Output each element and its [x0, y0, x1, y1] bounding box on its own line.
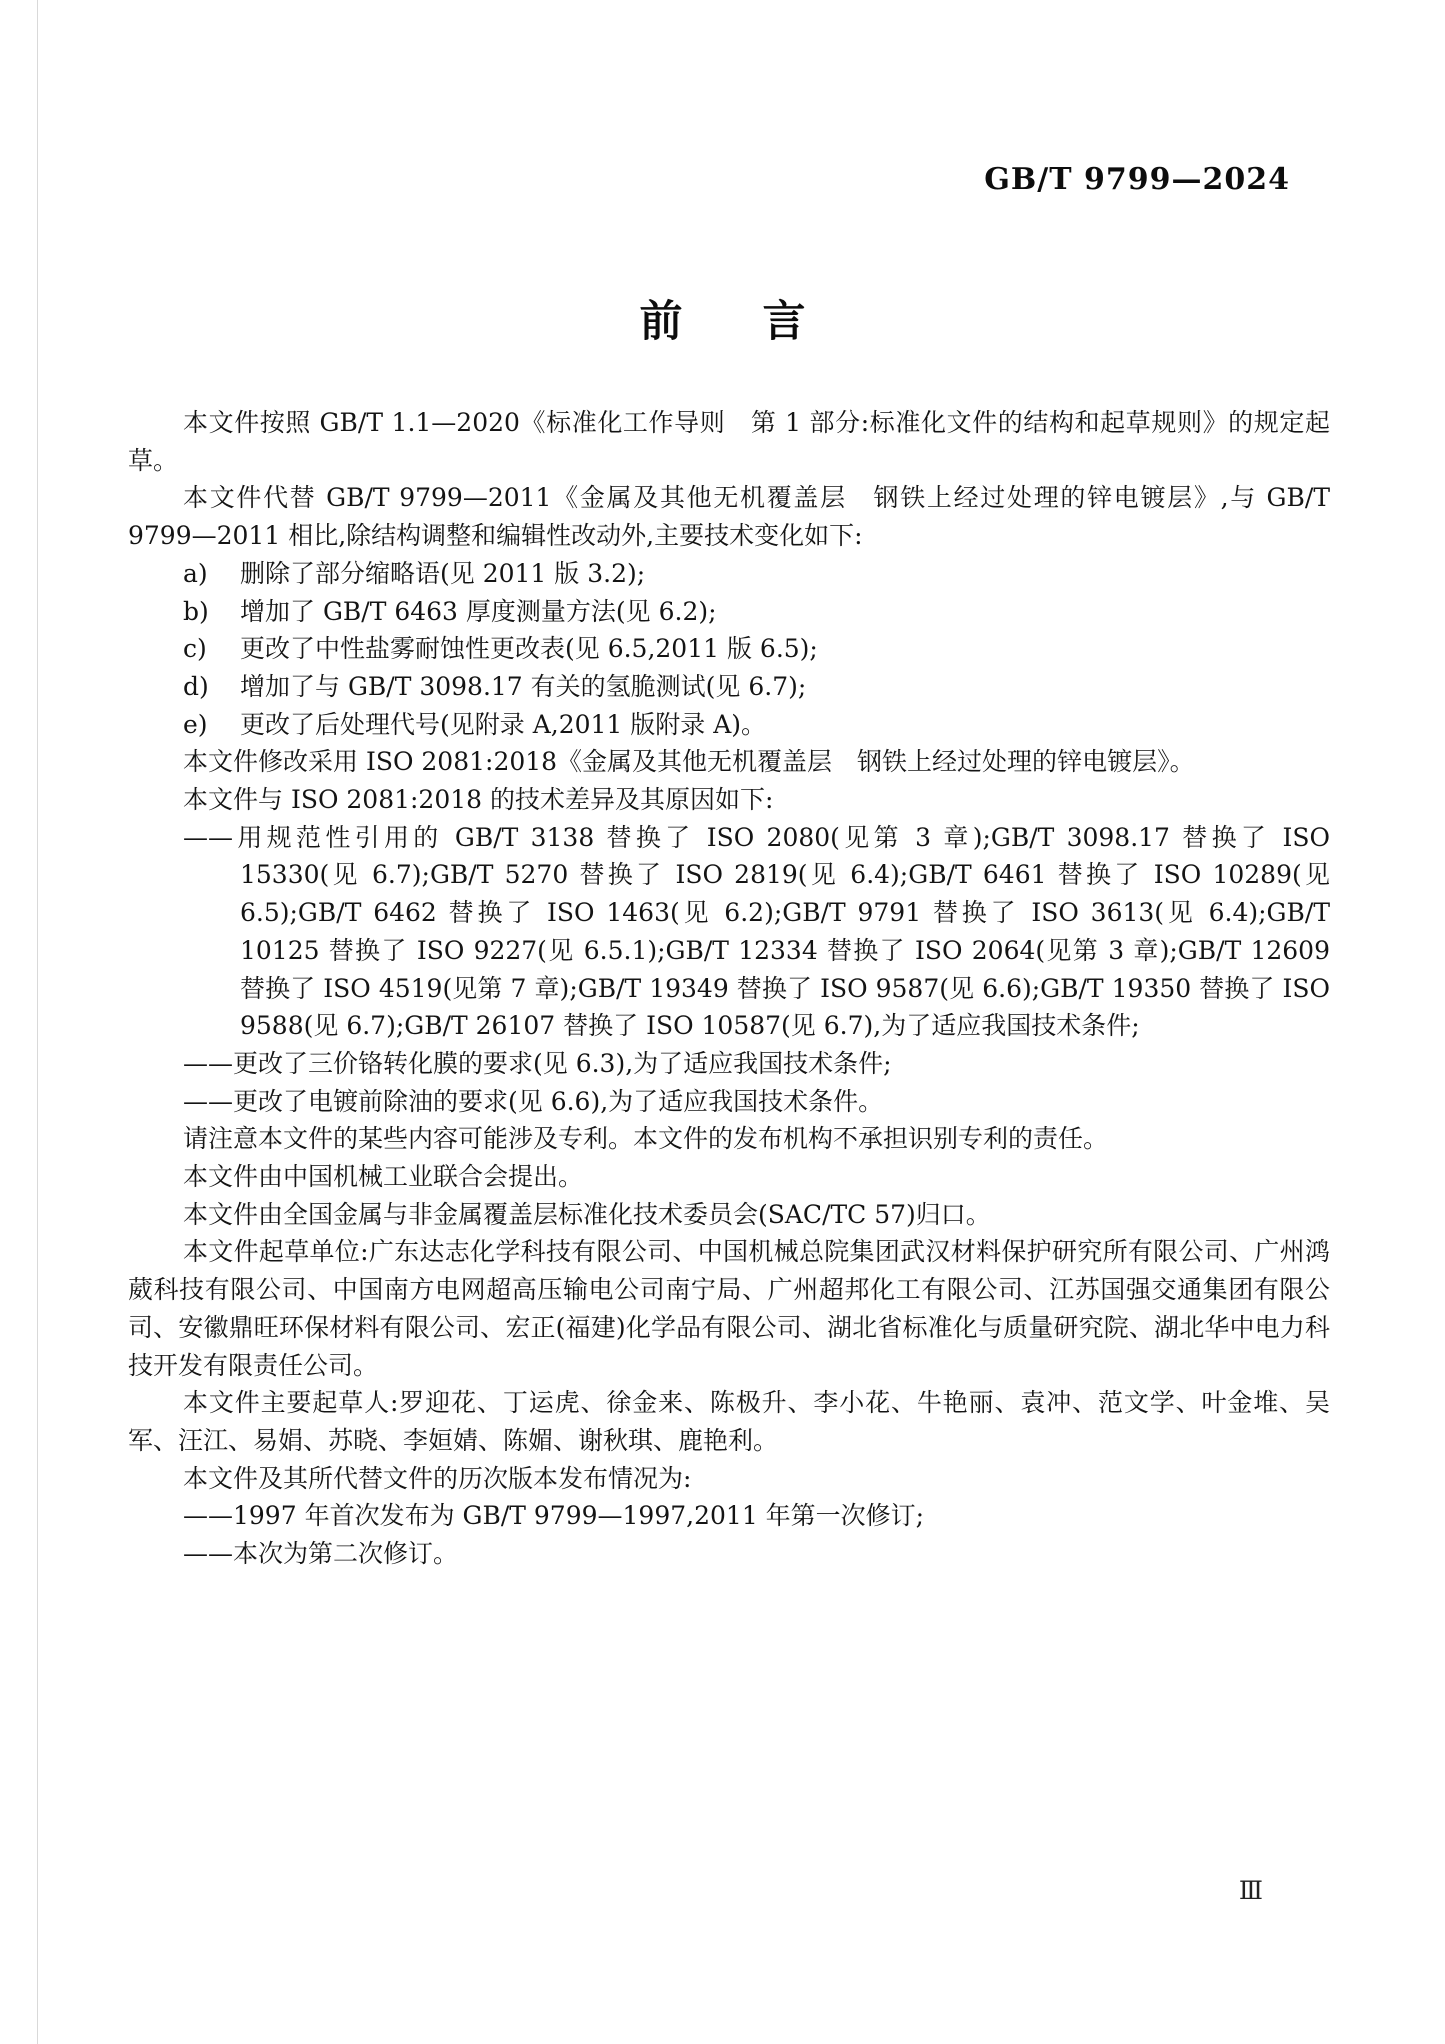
list-item-text: 更改了中性盐雾耐蚀性更改表(见 6.5,2011 版 6.5);	[240, 634, 818, 663]
list-item-label: d)	[183, 668, 240, 706]
list-item-text: 增加了 GB/T 6463 厚度测量方法(见 6.2);	[240, 597, 717, 626]
paragraph: 本文件按照 GB/T 1.1—2020《标准化工作导则 第 1 部分:标准化文件…	[128, 404, 1330, 479]
paragraph: 本文件代替 GB/T 9799—2011《金属及其他无机覆盖层 钢铁上经过处理的…	[128, 479, 1330, 554]
paragraph: 本文件修改采用 ISO 2081:2018《金属及其他无机覆盖层 钢铁上经过处理…	[128, 743, 1330, 781]
dash-item: ——更改了电镀前除油的要求(见 6.6),为了适应我国技术条件。	[128, 1083, 1330, 1121]
paragraph: 请注意本文件的某些内容可能涉及专利。本文件的发布机构不承担识别专利的责任。	[128, 1120, 1330, 1158]
dash-item: ——本次为第二次修订。	[128, 1535, 1330, 1573]
document-page: GB/T 9799—2024 前言 本文件按照 GB/T 1.1—2020《标准…	[0, 0, 1445, 2044]
change-list-item: a)删除了部分缩略语(见 2011 版 3.2);	[128, 555, 1330, 593]
foreword-title: 前言	[0, 288, 1445, 349]
change-list-item: e)更改了后处理代号(见附录 A,2011 版附录 A)。	[128, 706, 1330, 744]
change-list-item: c)更改了中性盐雾耐蚀性更改表(见 6.5,2011 版 6.5);	[128, 630, 1330, 668]
paragraph: 本文件与 ISO 2081:2018 的技术差异及其原因如下:	[128, 781, 1330, 819]
list-item-label: c)	[183, 630, 240, 668]
list-item-text: 增加了与 GB/T 3098.17 有关的氢脆测试(见 6.7);	[240, 672, 806, 701]
list-item-label: b)	[183, 593, 240, 631]
list-item-label: e)	[183, 706, 240, 744]
foreword-body: 本文件按照 GB/T 1.1—2020《标准化工作导则 第 1 部分:标准化文件…	[128, 404, 1330, 1573]
list-item-text: 删除了部分缩略语(见 2011 版 3.2);	[240, 559, 645, 588]
paragraph: 本文件主要起草人:罗迎花、丁运虎、徐金来、陈极升、李小花、牛艳丽、袁冲、范文学、…	[128, 1384, 1330, 1459]
dash-item: ——更改了三价铬转化膜的要求(见 6.3),为了适应我国技术条件;	[128, 1045, 1330, 1083]
page-number: Ⅲ	[1239, 1876, 1263, 1905]
dash-item: ——用规范性引用的 GB/T 3138 替换了 ISO 2080(见第 3 章)…	[128, 819, 1330, 1045]
standard-code: GB/T 9799—2024	[984, 162, 1290, 197]
paragraph: 本文件起草单位:广东达志化学科技有限公司、中国机械总院集团武汉材料保护研究所有限…	[128, 1233, 1330, 1384]
list-item-label: a)	[183, 555, 240, 593]
change-list-item: d)增加了与 GB/T 3098.17 有关的氢脆测试(见 6.7);	[128, 668, 1330, 706]
paragraph: 本文件由中国机械工业联合会提出。	[128, 1158, 1330, 1196]
paragraph: 本文件由全国金属与非金属覆盖层标准化技术委员会(SAC/TC 57)归口。	[128, 1196, 1330, 1234]
dash-item: ——1997 年首次发布为 GB/T 9799—1997,2011 年第一次修订…	[128, 1497, 1330, 1535]
change-list-item: b)增加了 GB/T 6463 厚度测量方法(见 6.2);	[128, 593, 1330, 631]
list-item-text: 更改了后处理代号(见附录 A,2011 版附录 A)。	[240, 710, 766, 739]
paragraph: 本文件及其所代替文件的历次版本发布情况为:	[128, 1460, 1330, 1498]
